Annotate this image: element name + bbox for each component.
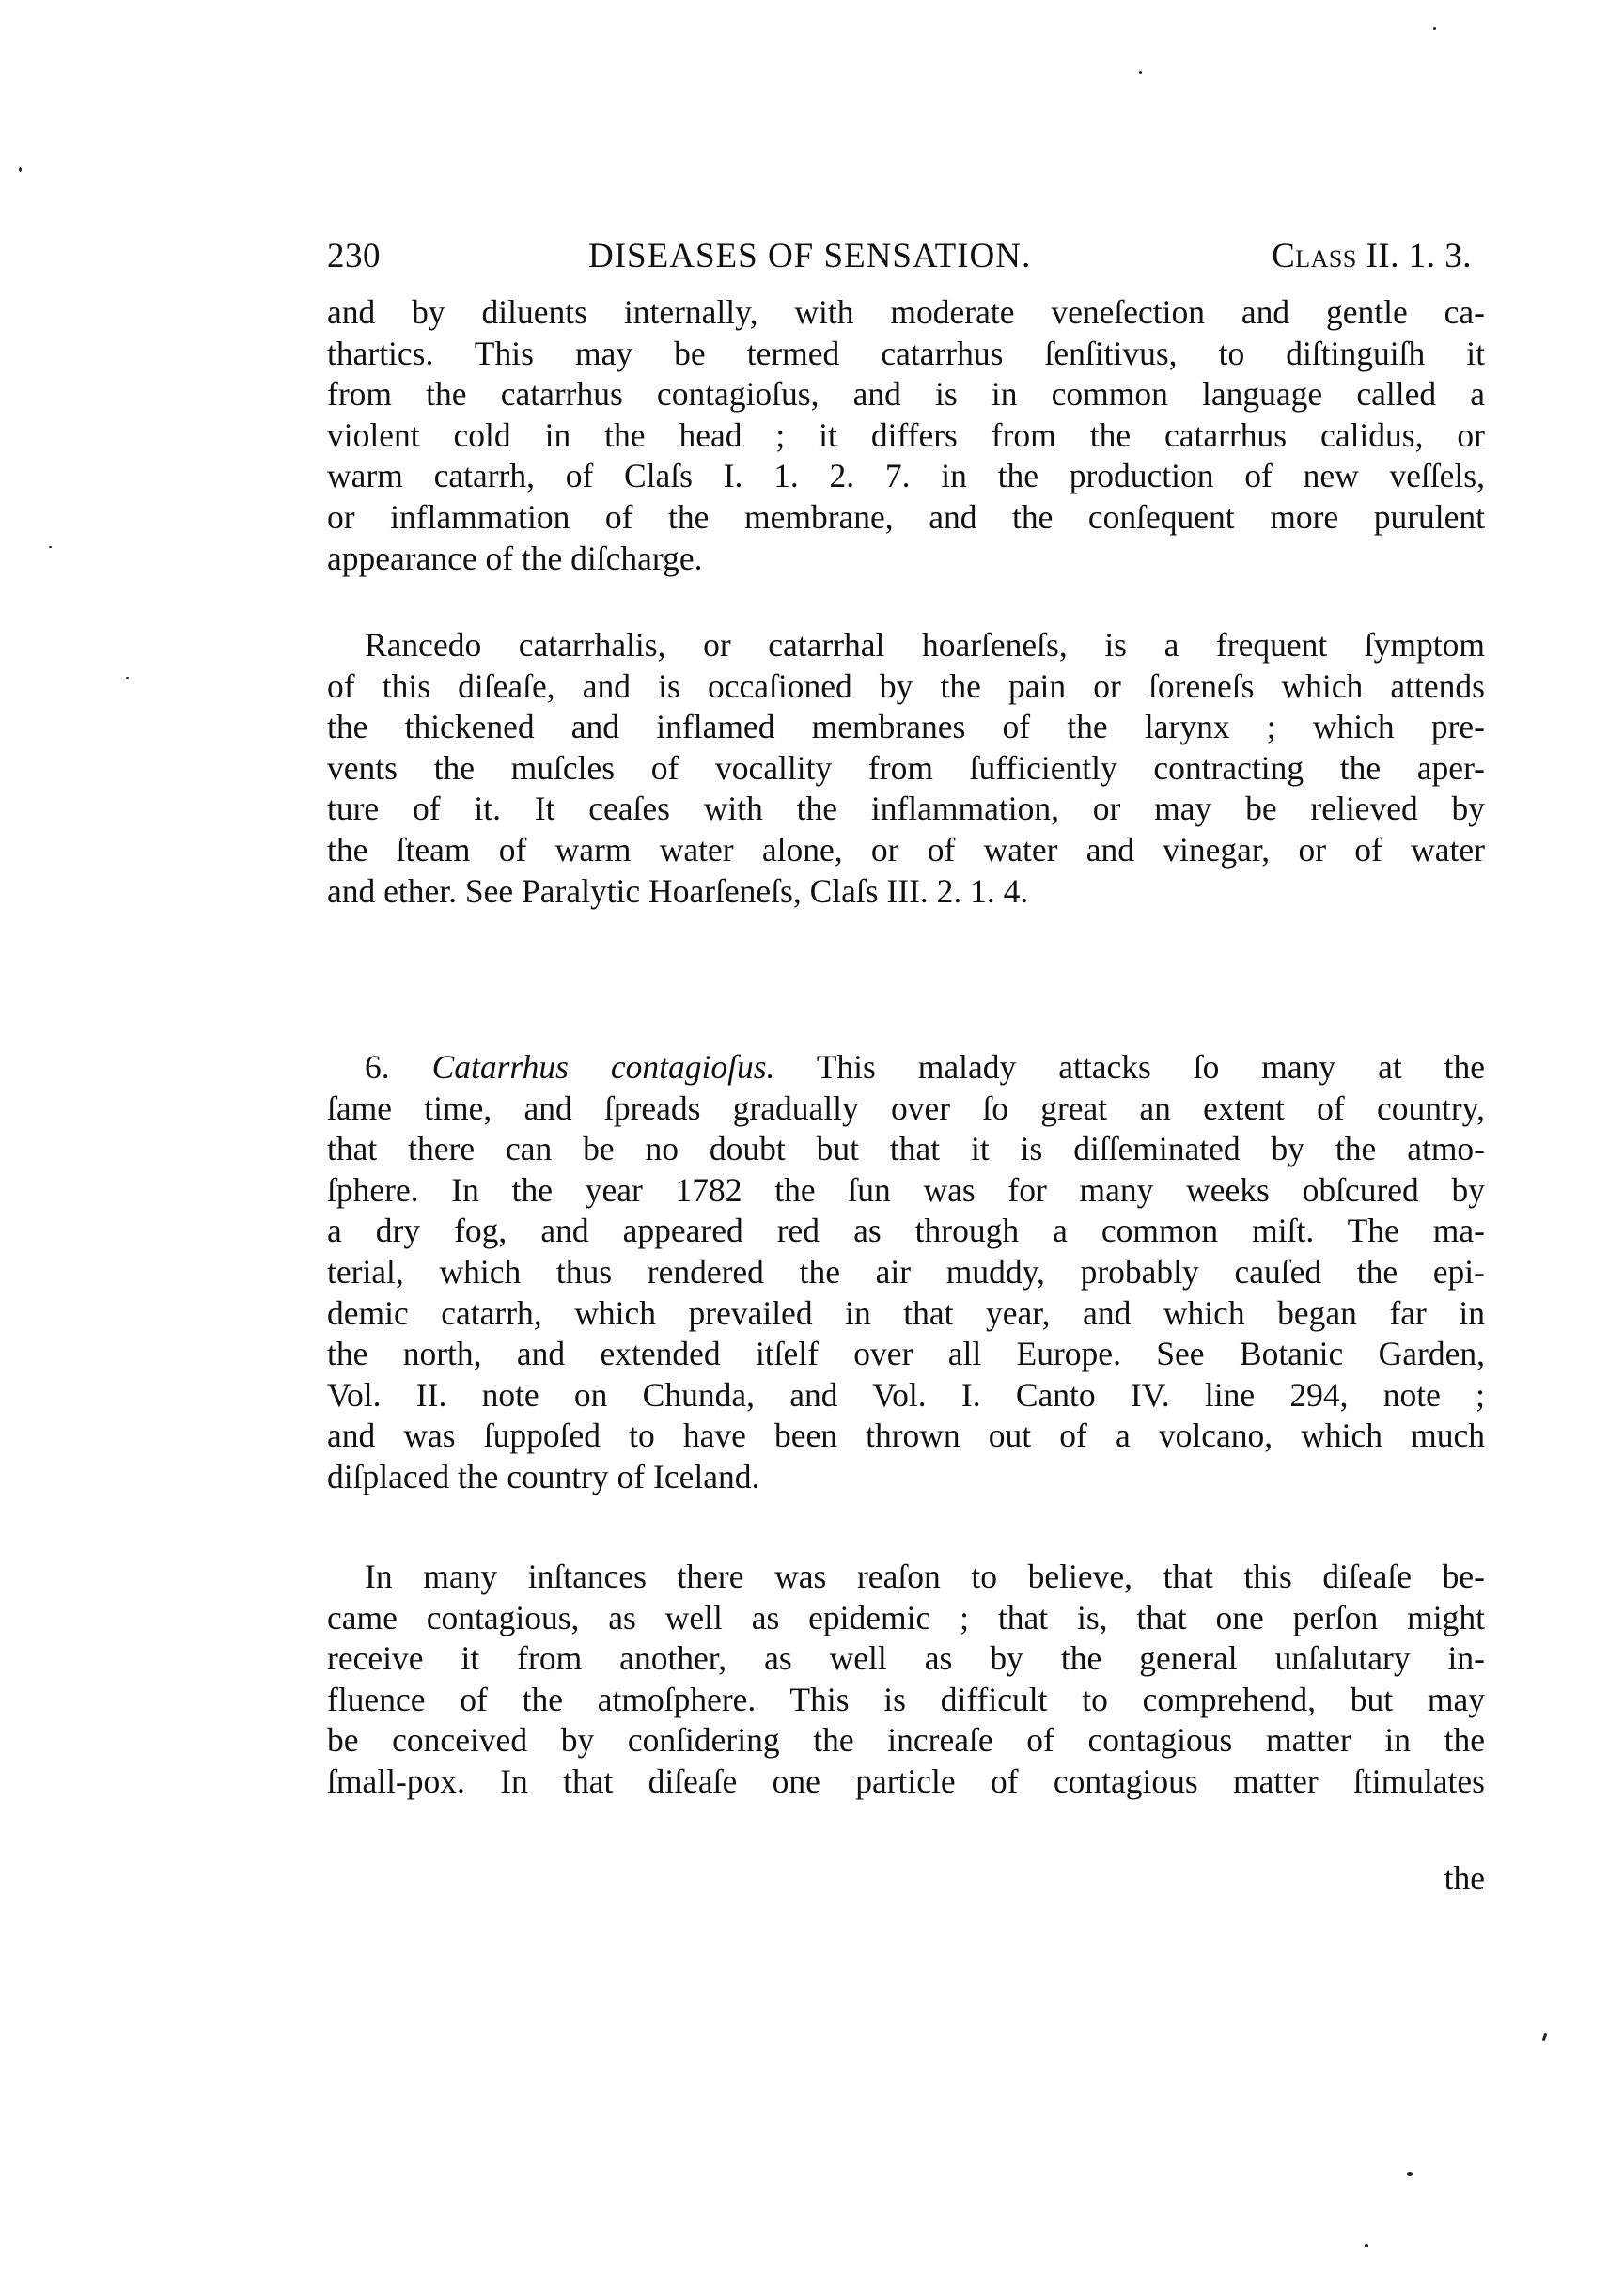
running-head: 230 DISEASES OF SENSATION. Class II. 1. …	[327, 233, 1485, 280]
text-line: came contagious, as well as epidemic ; t…	[327, 1598, 1485, 1639]
text-line: demic catarrh, which prevailed in that y…	[327, 1293, 1485, 1335]
text-line: and was ſuppoſed to have been thrown out…	[327, 1416, 1485, 1457]
scan-speck	[1433, 27, 1436, 30]
scan-speck	[1365, 2244, 1368, 2247]
class-reference: Class II. 1. 3.	[1272, 233, 1472, 280]
scan-speck	[49, 546, 52, 548]
text-line: ſame time, and ſpreads gradually over ſo…	[327, 1088, 1485, 1130]
text-line: the ſteam of warm water alone, or of wat…	[327, 830, 1485, 871]
text-line: and by diluents internally, with moderat…	[327, 292, 1485, 334]
text-line: appearance of the diſcharge.	[327, 539, 1485, 580]
text-line: ſmall-pox. In that diſeaſe one particle …	[327, 1761, 1485, 1803]
running-title: DISEASES OF SENSATION.	[588, 233, 1031, 280]
text-line: Rancedo catarrhalis, or catarrhal hoarſe…	[327, 625, 1485, 666]
scan-speck	[1139, 71, 1142, 74]
section-first-line: 6. Catarrhus contagioſus. This malady at…	[327, 1047, 1485, 1088]
text-line: Vol. II. note on Chunda, and Vol. I. Can…	[327, 1375, 1485, 1417]
text-line: receive it from another, as well as by t…	[327, 1638, 1485, 1680]
text-line: that there can be no doubt but that it i…	[327, 1129, 1485, 1170]
paragraph-contagion: In many inſtances there was reaſon to be…	[327, 1557, 1485, 1803]
catchword: the	[1444, 1858, 1485, 1900]
class-number: II. 1. 3.	[1366, 237, 1472, 275]
section-number: 6.	[365, 1048, 390, 1086]
text-line: ture of it. It ceaſes with the inflammat…	[327, 789, 1485, 830]
page-number: 230	[327, 233, 381, 280]
text-line: of this diſeaſe, and is occaſioned by th…	[327, 666, 1485, 708]
paragraph-rancedo: Rancedo catarrhalis, or catarrhal hoarſe…	[327, 625, 1485, 912]
scan-speck	[19, 167, 22, 172]
text-line: and ether. See Paralytic Hoarſeneſs, Cla…	[327, 871, 1485, 913]
text-line: be conceived by conſidering the increaſe…	[327, 1720, 1485, 1761]
text-line: or inflammation of the membrane, and the…	[327, 497, 1485, 539]
text-line: vents the muſcles of vocallity from ſuff…	[327, 748, 1485, 790]
section-first-line-text: This malady attacks ſo many at the	[817, 1048, 1485, 1086]
paragraph-continuation: and by diluents internally, with moderat…	[327, 292, 1485, 579]
scan-speck	[126, 677, 129, 679]
scan-speck	[1407, 2172, 1413, 2176]
text-line: thartics. This may be termed catarrhus ſ…	[327, 334, 1485, 375]
text-line: fluence of the atmoſphere. This is diffi…	[327, 1680, 1485, 1721]
text-line: In many inſtances there was reaſon to be…	[327, 1557, 1485, 1598]
text-line: the thickened and inflamed membranes of …	[327, 707, 1485, 748]
text-line: diſplaced the country of Iceland.	[327, 1457, 1485, 1498]
text-line: violent cold in the head ; it differs fr…	[327, 415, 1485, 457]
class-label: Class	[1272, 237, 1357, 275]
text-line: ſphere. In the year 1782 the ſun was for…	[327, 1170, 1485, 1212]
text-line: a dry fog, and appeared red as through a…	[327, 1211, 1485, 1252]
text-line: from the catarrhus contagioſus, and is i…	[327, 374, 1485, 415]
text-line: terial, which thus rendered the air mudd…	[327, 1252, 1485, 1293]
text-line: the north, and extended itſelf over all …	[327, 1334, 1485, 1375]
section-6-catarrhus-contagiosus: 6. Catarrhus contagioſus. This malady at…	[327, 1047, 1485, 1498]
text-line: warm catarrh, of Claſs I. 1. 2. 7. in th…	[327, 456, 1485, 497]
scan-speck	[1542, 2033, 1548, 2042]
book-page: 230 DISEASES OF SENSATION. Class II. 1. …	[0, 0, 1624, 2286]
section-title: Catarrhus contagioſus.	[432, 1048, 775, 1086]
